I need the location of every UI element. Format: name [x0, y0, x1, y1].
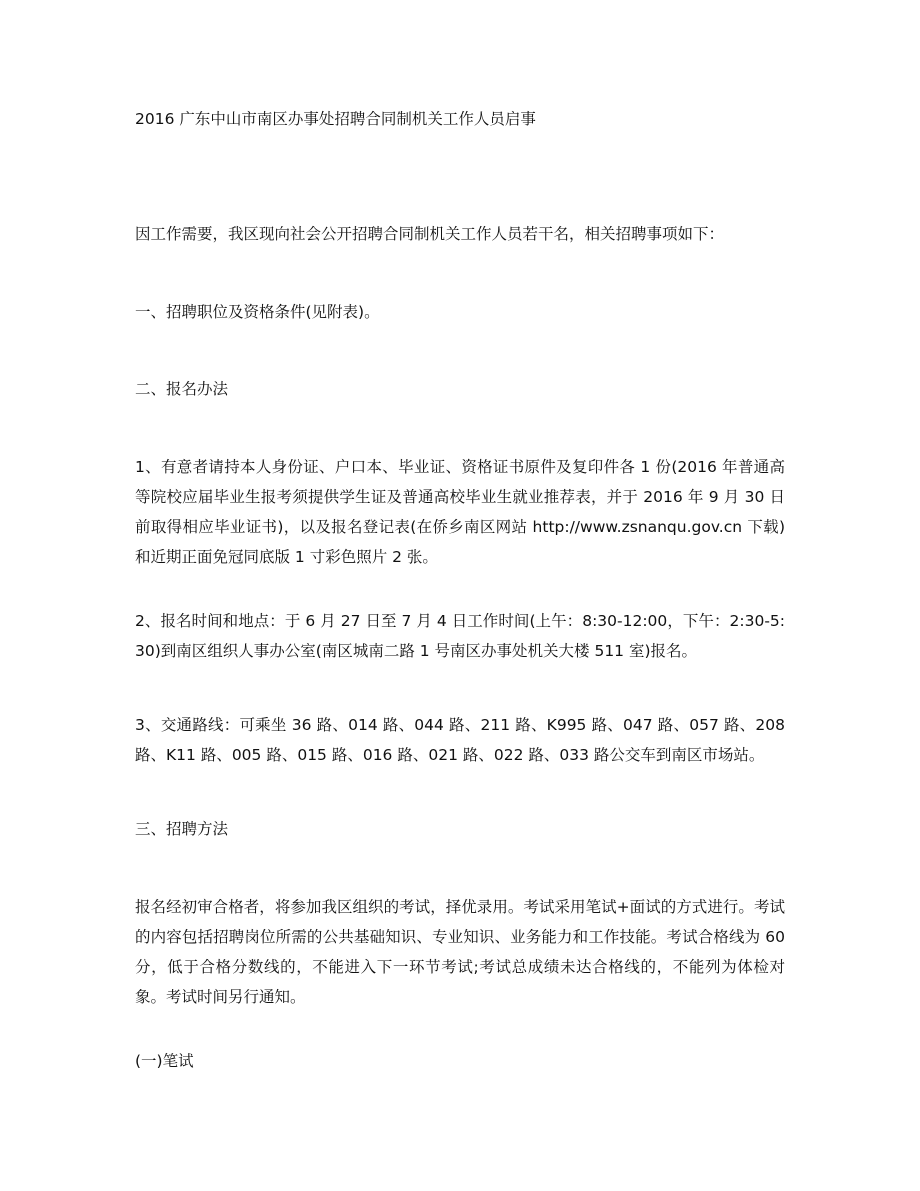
registration-item-documents: 1、有意者请持本人身份证、户口本、毕业证、资格证书原件及复印件各 1 份(201…: [135, 452, 785, 572]
section-heading-method: 三、招聘方法: [135, 814, 795, 844]
method-paragraph: 报名经初审合格者，将参加我区组织的考试，择优录用。考试采用笔试+面试的方式进行。…: [135, 892, 785, 1012]
intro-paragraph: 因工作需要，我区现向社会公开招聘合同制机关工作人员若干名，相关招聘事项如下：: [135, 219, 795, 249]
document-title: 2016 广东中山市南区办事处招聘合同制机关工作人员启事: [135, 104, 795, 134]
registration-item-transport: 3、交通路线：可乘坐 36 路、014 路、044 路、211 路、K995 路…: [135, 710, 785, 770]
registration-item-time-place: 2、报名时间和地点：于 6 月 27 日至 7 月 4 日工作时间(上午：8:3…: [135, 606, 785, 666]
subheading-written-exam: (一)笔试: [135, 1046, 795, 1076]
document-page: 2016 广东中山市南区办事处招聘合同制机关工作人员启事 因工作需要，我区现向社…: [0, 0, 920, 1191]
section-heading-registration: 二、报名办法: [135, 374, 795, 404]
section-heading-positions: 一、招聘职位及资格条件(见附表)。: [135, 297, 795, 327]
